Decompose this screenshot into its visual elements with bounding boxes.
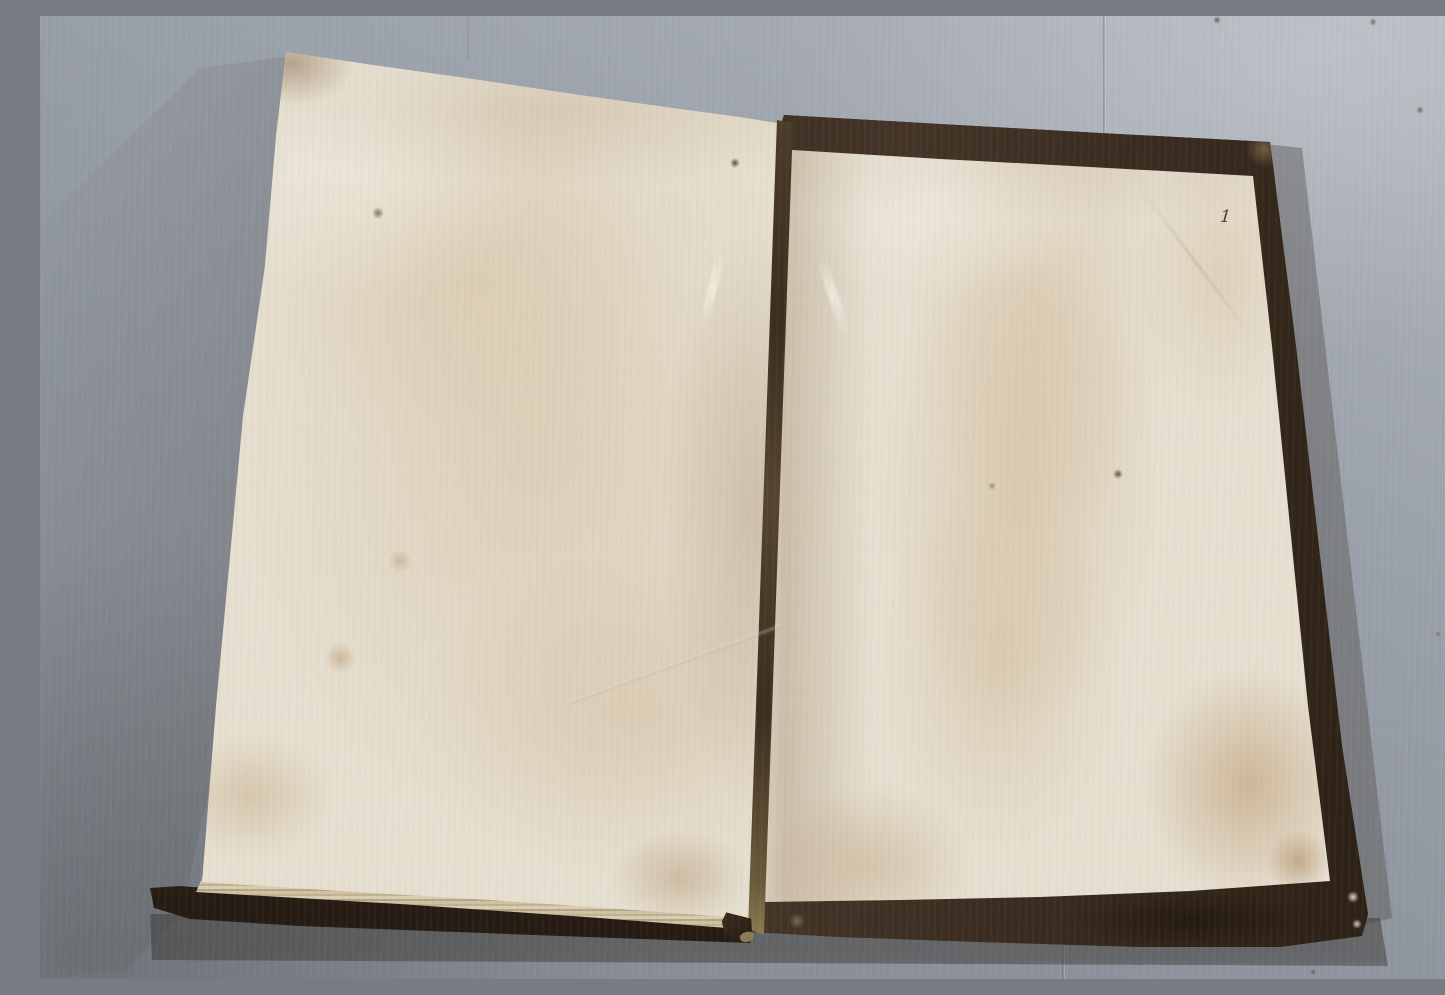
book-photograph: 1 (40, 16, 1445, 979)
handwritten-page-number: 1 (1219, 209, 1231, 227)
